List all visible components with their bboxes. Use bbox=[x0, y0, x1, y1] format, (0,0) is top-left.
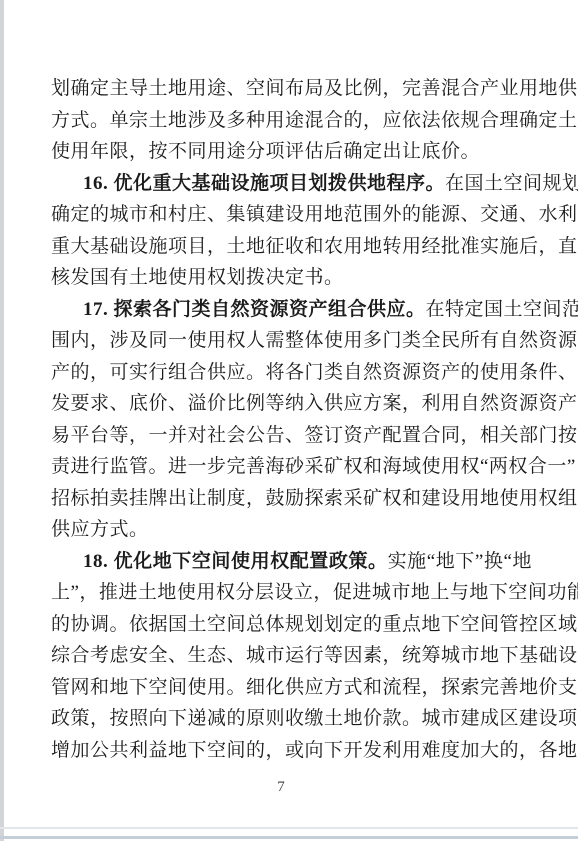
line-text: 招标拍卖挂牌出让制度，鼓励探索采矿权和建设用地使用权组合 bbox=[51, 488, 578, 509]
item-heading: 16. 优化重大基础设施项目划拨供地程序。 bbox=[83, 173, 445, 194]
text-line: 供应方式。 bbox=[51, 514, 532, 546]
text-line: 易平台等，一并对社会公告、签订资产配置合同，相关部门按职 bbox=[51, 420, 532, 452]
document-page: 划确定主导土地用途、空间布局及比例，完善混合产业用地供给 方式。单宗土地涉及多种… bbox=[0, 0, 578, 841]
text-line: 政策，按照向下递减的原则收缴土地价款。城市建成区建设项目 bbox=[51, 703, 532, 735]
text-line: 综合考虑安全、生态、城市运行等因素，统筹城市地下基础设施 bbox=[51, 640, 532, 672]
text-line: 17. 探索各门类自然资源资产组合供应。在特定国土空间范 bbox=[51, 294, 532, 326]
line-text: 综合考虑安全、生态、城市运行等因素，统筹城市地下基础设施 bbox=[51, 645, 578, 666]
line-text: 实施“地下”换“地 bbox=[388, 551, 532, 572]
text-line: 围内，涉及同一使用权人需整体使用多门类全民所有自然资源资 bbox=[51, 325, 532, 357]
text-line: 产的，可实行组合供应。将各门类自然资源资产的使用条件、开 bbox=[51, 357, 532, 389]
line-text: 发要求、底价、溢价比例等纳入供应方案，利用自然资源资产交 bbox=[51, 393, 578, 414]
line-text: 确定的城市和村庄、集镇建设用地范围外的能源、交通、水利等 bbox=[51, 204, 578, 225]
line-text: 使用年限，按不同用途分项评估后确定出让底价。 bbox=[51, 141, 480, 162]
line-text: 围内，涉及同一使用权人需整体使用多门类全民所有自然资源资 bbox=[51, 330, 578, 351]
scan-bottom-rule-dark bbox=[0, 836, 578, 839]
line-text: 政策，按照向下递减的原则收缴土地价款。城市建成区建设项目 bbox=[51, 708, 578, 729]
text-line: 确定的城市和村庄、集镇建设用地范围外的能源、交通、水利等 bbox=[51, 199, 532, 231]
text-line: 招标拍卖挂牌出让制度，鼓励探索采矿权和建设用地使用权组合 bbox=[51, 483, 532, 515]
text-line: 增加公共利益地下空间的，或向下开发利用难度加大的，各地可 bbox=[51, 735, 532, 767]
text-line: 管网和地下空间使用。细化供应方式和流程，探索完善地价支持 bbox=[51, 672, 532, 704]
line-text: 增加公共利益地下空间的，或向下开发利用难度加大的，各地可 bbox=[51, 740, 578, 761]
page-number: 7 bbox=[277, 779, 285, 795]
text-line: 方式。单宗土地涉及多种用途混合的，应依法依规合理确定土地 bbox=[51, 105, 532, 137]
text-line: 核发国有土地使用权划拨决定书。 bbox=[51, 262, 532, 294]
text-line: 16. 优化重大基础设施项目划拨供地程序。在国土空间规划 bbox=[51, 168, 532, 200]
item-heading: 18. 优化地下空间使用权配置政策。 bbox=[83, 551, 388, 572]
scan-bottom-rule-light bbox=[0, 827, 578, 829]
line-text: 划确定主导土地用途、空间布局及比例，完善混合产业用地供给 bbox=[51, 78, 578, 99]
line-text: 易平台等，一并对社会公告、签订资产配置合同，相关部门按职 bbox=[51, 425, 578, 446]
line-text: 重大基础设施项目，土地征收和农用地转用经批准实施后，直接 bbox=[51, 236, 578, 257]
text-line: 使用年限，按不同用途分项评估后确定出让底价。 bbox=[51, 136, 532, 168]
line-text: 在特定国土空间范 bbox=[426, 299, 578, 320]
line-text: 上”，推进土地使用权分层设立，促进城市地上与地下空间功能 bbox=[51, 582, 578, 603]
line-text: 管网和地下空间使用。细化供应方式和流程，探索完善地价支持 bbox=[51, 677, 578, 698]
line-text: 核发国有土地使用权划拨决定书。 bbox=[51, 267, 344, 288]
line-text: 方式。单宗土地涉及多种用途混合的，应依法依规合理确定土地 bbox=[51, 110, 578, 131]
line-text: 责进行监管。进一步完善海砂采矿权和海域使用权“两权合一” bbox=[51, 456, 576, 477]
text-line: 划确定主导土地用途、空间布局及比例，完善混合产业用地供给 bbox=[51, 73, 532, 105]
item-heading: 17. 探索各门类自然资源资产组合供应。 bbox=[83, 299, 426, 320]
line-text: 产的，可实行组合供应。将各门类自然资源资产的使用条件、开 bbox=[51, 362, 578, 383]
text-line: 重大基础设施项目，土地征收和农用地转用经批准实施后，直接 bbox=[51, 231, 532, 263]
line-text: 供应方式。 bbox=[51, 519, 149, 540]
document-body: 划确定主导土地用途、空间布局及比例，完善混合产业用地供给 方式。单宗土地涉及多种… bbox=[51, 73, 532, 766]
text-line: 发要求、底价、溢价比例等纳入供应方案，利用自然资源资产交 bbox=[51, 388, 532, 420]
scan-left-edge bbox=[0, 0, 4, 841]
text-line: 上”，推进土地使用权分层设立，促进城市地上与地下空间功能 bbox=[51, 577, 532, 609]
text-line: 责进行监管。进一步完善海砂采矿权和海域使用权“两权合一” bbox=[51, 451, 532, 483]
line-text: 的协调。依据国土空间总体规划划定的重点地下空间管控区域， bbox=[51, 614, 578, 635]
page-footer: 7 bbox=[0, 778, 562, 796]
line-text: 在国土空间规划 bbox=[445, 173, 578, 194]
text-line: 的协调。依据国土空间总体规划划定的重点地下空间管控区域， bbox=[51, 609, 532, 641]
text-line: 18. 优化地下空间使用权配置政策。实施“地下”换“地 bbox=[51, 546, 532, 578]
